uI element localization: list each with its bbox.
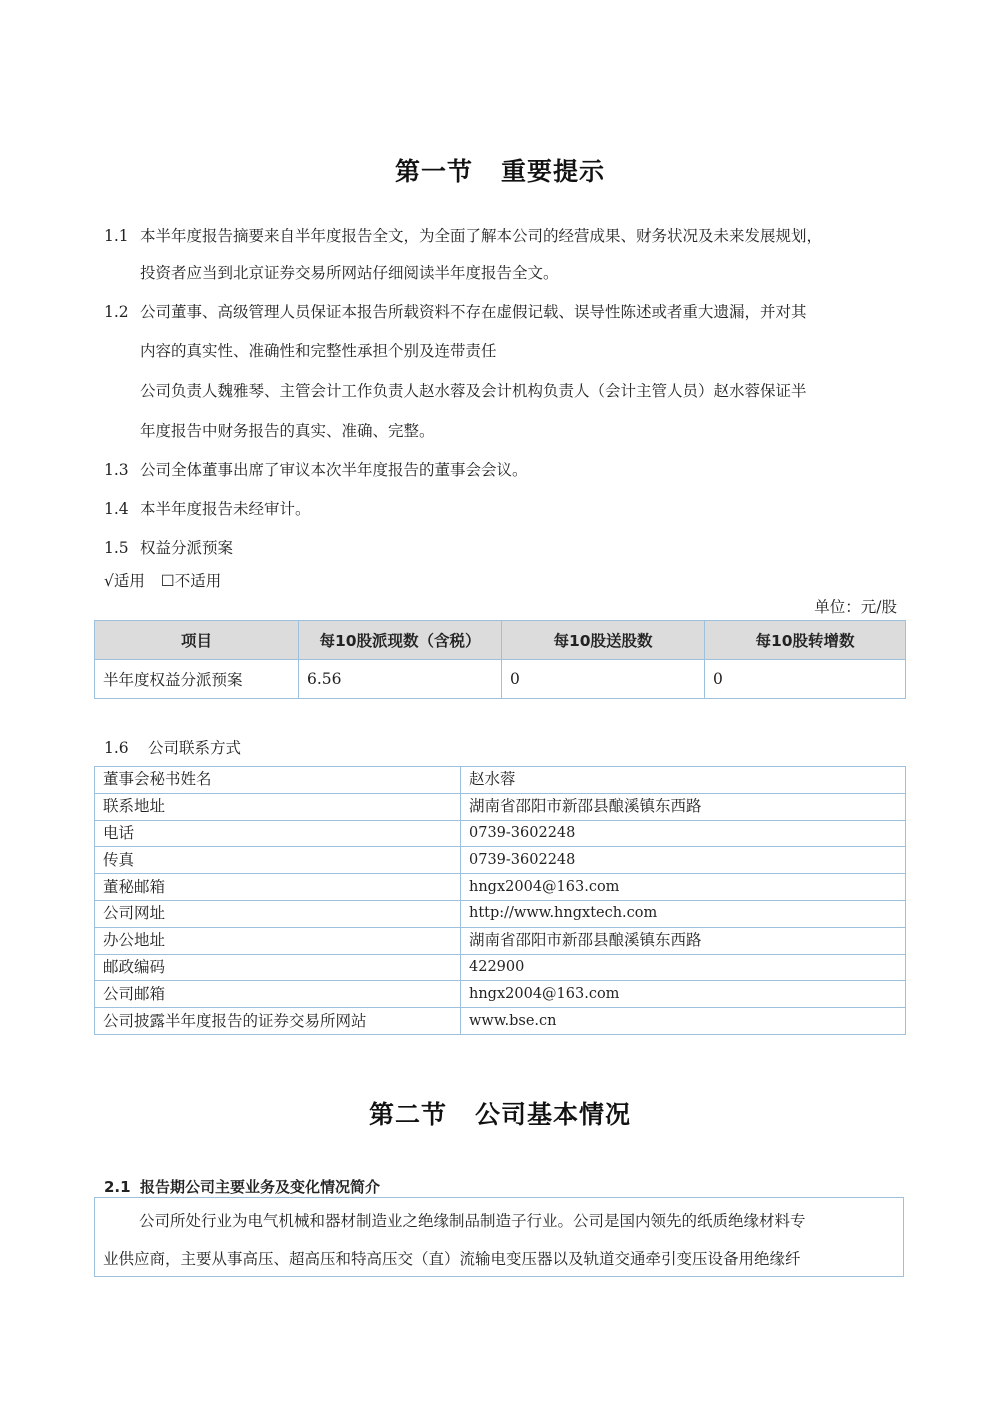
header-item: 项目 <box>95 621 299 660</box>
item-1-5: 1.5权益分派预案 <box>104 538 233 558</box>
item-number: 1.1 <box>104 226 140 246</box>
empty-checkbox-icon: ☐ <box>161 572 175 590</box>
contact-label: 公司邮箱 <box>95 981 461 1008</box>
contact-value: www.bse.cn <box>461 1008 906 1035</box>
header-bonus-per-10: 每10股送股数 <box>502 621 705 660</box>
item-1-4: 1.4本半年度报告未经审计。 <box>104 499 311 519</box>
table-row: 办公地址湖南省邵阳市新邵县酿溪镇东西路 <box>95 927 906 954</box>
contact-label: 董秘邮箱 <box>95 874 461 901</box>
header-transfer-per-10: 每10股转增数 <box>705 621 906 660</box>
item-number: 1.2 <box>104 302 140 322</box>
subsection-title: 报告期公司主要业务及变化情况简介 <box>140 1178 380 1196</box>
section-name: 公司基本情况 <box>475 1100 631 1129</box>
contact-value: 赵水蓉 <box>461 767 906 794</box>
cell-transfer: 0 <box>705 660 906 699</box>
item-1-2-line-2: 内容的真实性、准确性和完整性承担个别及连带责任 <box>140 341 497 361</box>
item-text: 本半年度报告摘要来自半年度报告全文，为全面了解本公司的经营成果、财务状况及未来发… <box>140 227 822 245</box>
applicability-options: √适用 ☐不适用 <box>104 571 221 591</box>
business-summary-line-2: 业供应商，主要从事高压、超高压和特高压交（直）流输电变压器以及轨道交通牵引变压设… <box>103 1247 801 1269</box>
item-text: 公司全体董事出席了审议本次半年度报告的董事会会议。 <box>140 461 528 479</box>
table-row: 公司邮箱hngx2004@163.com <box>95 981 906 1008</box>
cell-item: 半年度权益分派预案 <box>95 660 299 699</box>
contact-value: http://www.hngxtech.com <box>461 900 906 927</box>
item-number: 2.1 <box>104 1178 140 1196</box>
header-cash-per-10: 每10股派现数（含税） <box>299 621 502 660</box>
cell-cash: 6.56 <box>299 660 502 699</box>
contact-label: 传真 <box>95 847 461 874</box>
item-1-2-line-4: 年度报告中财务报告的真实、准确、完整。 <box>140 421 435 441</box>
cell-bonus: 0 <box>502 660 705 699</box>
table-header-row: 项目 每10股派现数（含税） 每10股送股数 每10股转增数 <box>95 621 906 660</box>
contact-table: 董事会秘书姓名赵水蓉 联系地址湖南省邵阳市新邵县酿溪镇东西路 电话0739-36… <box>94 766 906 1035</box>
item-1-2-line-3: 公司负责人魏雅琴、主管会计工作负责人赵水蓉及会计机构负责人（会计主管人员）赵水蓉… <box>140 381 807 401</box>
option-not-applicable: 不适用 <box>175 572 222 590</box>
dividend-table: 项目 每10股派现数（含税） 每10股送股数 每10股转增数 半年度权益分派预案… <box>94 620 906 699</box>
item-1-2-line-1: 1.2公司董事、高级管理人员保证本报告所载资料不存在虚假记载、误导性陈述或者重大… <box>104 302 807 322</box>
table-row: 公司披露半年度报告的证券交易所网站www.bse.cn <box>95 1008 906 1035</box>
contact-label: 董事会秘书姓名 <box>95 767 461 794</box>
table-row: 公司网址http://www.hngxtech.com <box>95 900 906 927</box>
option-applicable: 适用 <box>114 572 145 590</box>
item-text: 权益分派预案 <box>140 539 233 557</box>
contact-value: hngx2004@163.com <box>461 874 906 901</box>
item-1-6: 1.6公司联系方式 <box>104 738 241 758</box>
item-1-1-line-2: 投资者应当到北京证券交易所网站仔细阅读半年度报告全文。 <box>140 263 559 283</box>
business-summary-box: 公司所处行业为电气机械和器材制造业之绝缘制品制造子行业。公司是国内领先的纸质绝缘… <box>94 1197 904 1277</box>
item-1-3: 1.3公司全体董事出席了审议本次半年度报告的董事会会议。 <box>104 460 528 480</box>
item-text: 公司联系方式 <box>148 739 241 757</box>
contact-value: hngx2004@163.com <box>461 981 906 1008</box>
item-number: 1.6 <box>104 738 148 758</box>
section2-title: 第二节公司基本情况 <box>0 1095 1000 1131</box>
contact-value: 0739-3602248 <box>461 847 906 874</box>
subsection-2-1-heading: 2.1报告期公司主要业务及变化情况简介 <box>104 1176 380 1197</box>
contact-label: 邮政编码 <box>95 954 461 981</box>
contact-value: 422900 <box>461 954 906 981</box>
contact-value: 0739-3602248 <box>461 820 906 847</box>
section-number: 第二节 <box>369 1100 447 1129</box>
item-1-1-line-1: 1.1本半年度报告摘要来自半年度报告全文，为全面了解本公司的经营成果、财务状况及… <box>104 226 822 246</box>
table-row: 董秘邮箱hngx2004@163.com <box>95 874 906 901</box>
item-number: 1.4 <box>104 499 140 519</box>
table-row: 传真0739-3602248 <box>95 847 906 874</box>
section-number: 第一节 <box>395 157 473 186</box>
contact-label: 联系地址 <box>95 793 461 820</box>
table-row: 联系地址湖南省邵阳市新邵县酿溪镇东西路 <box>95 793 906 820</box>
contact-label: 电话 <box>95 820 461 847</box>
checkmark-icon: √ <box>104 572 114 590</box>
item-text: 本半年度报告未经审计。 <box>140 500 311 518</box>
contact-value: 湖南省邵阳市新邵县酿溪镇东西路 <box>461 927 906 954</box>
unit-label: 单位：元/股 <box>814 597 897 617</box>
table-row: 半年度权益分派预案 6.56 0 0 <box>95 660 906 699</box>
item-text: 公司董事、高级管理人员保证本报告所载资料不存在虚假记载、误导性陈述或者重大遗漏，… <box>140 303 807 321</box>
table-row: 电话0739-3602248 <box>95 820 906 847</box>
table-row: 董事会秘书姓名赵水蓉 <box>95 767 906 794</box>
contact-label: 办公地址 <box>95 927 461 954</box>
item-number: 1.5 <box>104 538 140 558</box>
section1-title: 第一节重要提示 <box>0 152 1000 188</box>
contact-label: 公司网址 <box>95 900 461 927</box>
business-summary-line-1: 公司所处行业为电气机械和器材制造业之绝缘制品制造子行业。公司是国内领先的纸质绝缘… <box>139 1209 806 1231</box>
contact-value: 湖南省邵阳市新邵县酿溪镇东西路 <box>461 793 906 820</box>
report-page: 第一节重要提示 1.1本半年度报告摘要来自半年度报告全文，为全面了解本公司的经营… <box>0 0 1000 1414</box>
contact-label: 公司披露半年度报告的证券交易所网站 <box>95 1008 461 1035</box>
section-name: 重要提示 <box>501 157 605 186</box>
table-row: 邮政编码422900 <box>95 954 906 981</box>
item-number: 1.3 <box>104 460 140 480</box>
